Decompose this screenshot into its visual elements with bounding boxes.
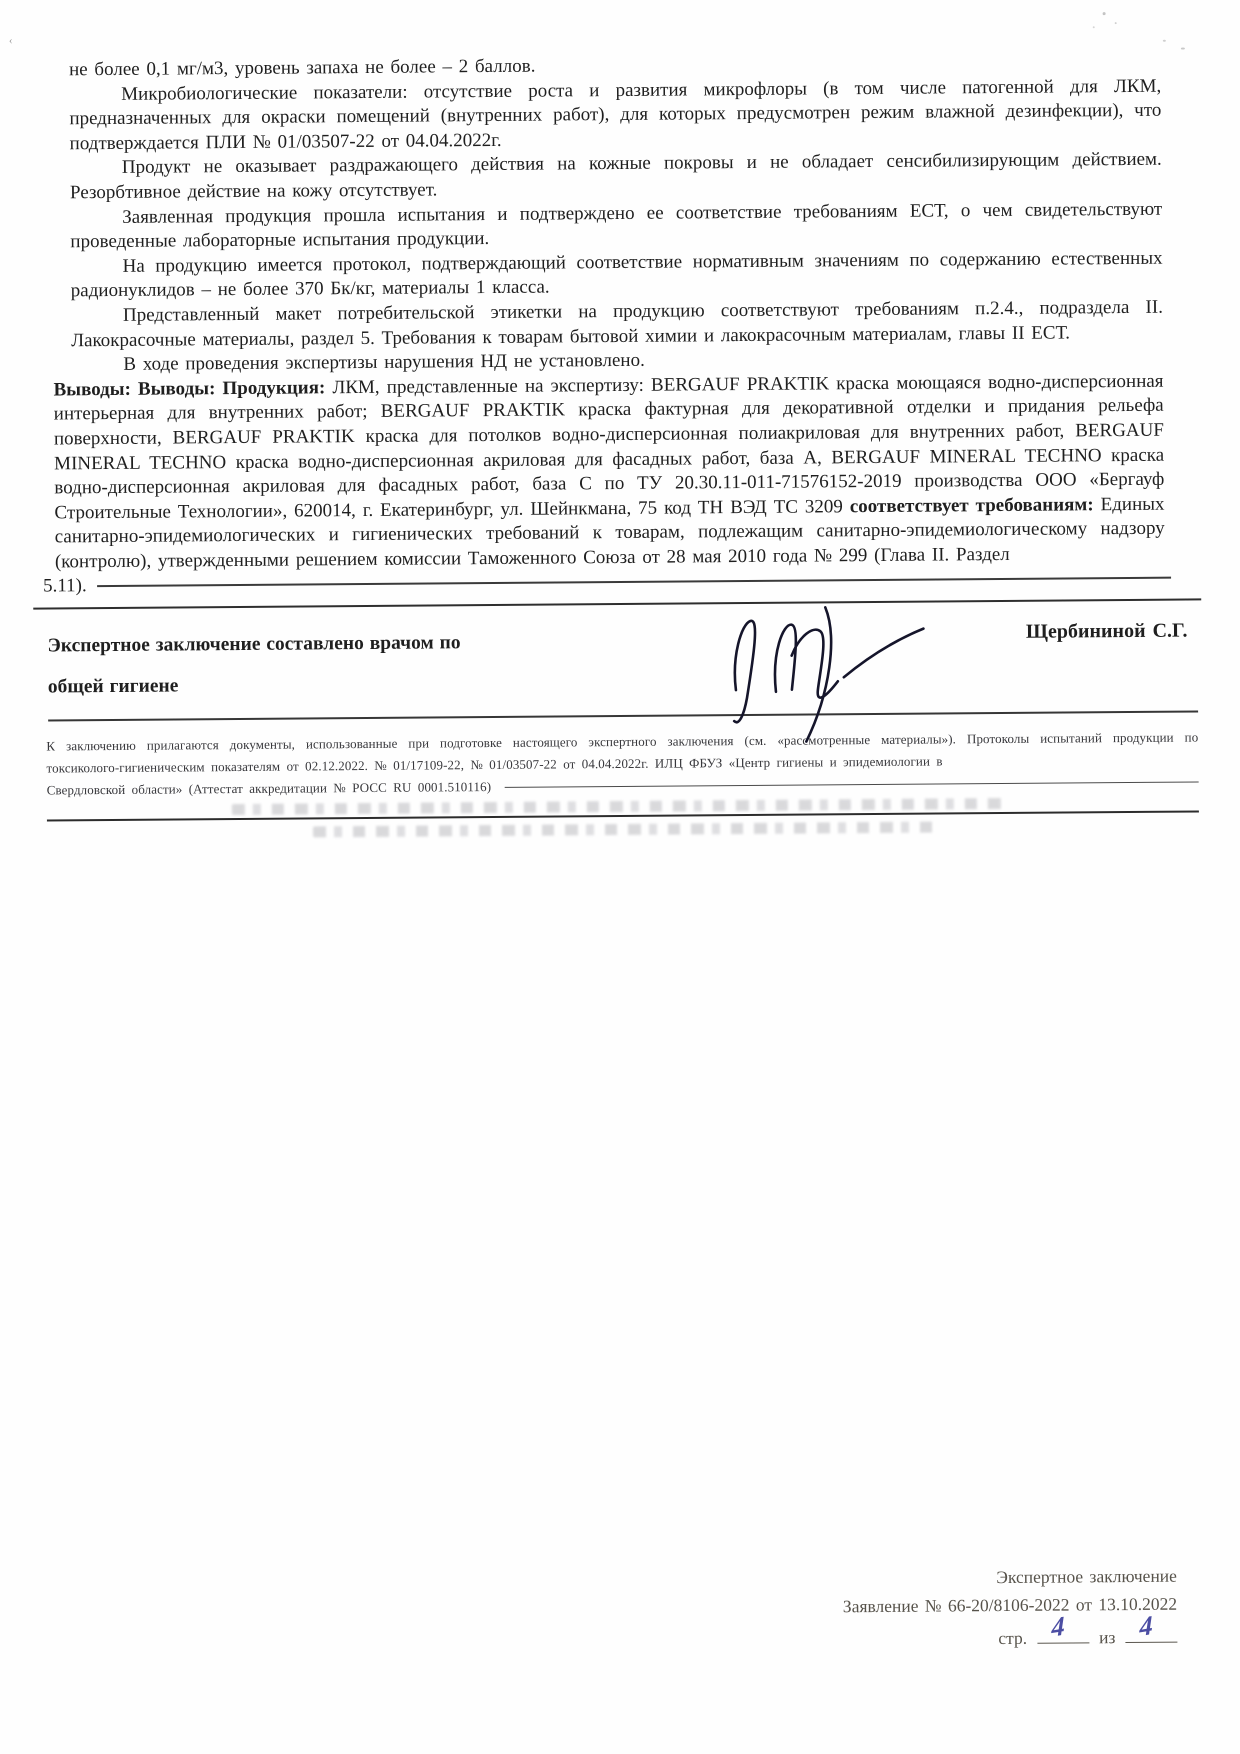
scanned-content: ‹ не более 0,1 мг/м3, уровень запаха не … [0, 0, 1240, 1754]
body-paragraph: На продукцию имеется протокол, подтвержд… [70, 246, 1162, 304]
conclusion-paragraph: Выводы: Выводы: Продукция: ЛКМ, представ… [53, 369, 1165, 574]
conclusion-mid-bold: соответствует требованиям: [850, 494, 1101, 517]
ruled-line-under-signature [48, 711, 1198, 722]
document-body: не более 0,1 мг/м3, уровень запаха не бо… [69, 50, 1167, 840]
conclusion-last-text: 5.11). [43, 575, 87, 600]
ruled-line-separator [33, 598, 1201, 609]
document-page: ‹ не более 0,1 мг/м3, уровень запаха не … [0, 0, 1240, 1754]
ruled-line-after-note [505, 782, 1199, 788]
handwritten-signature [697, 592, 968, 744]
page-footer: Экспертное заключение Заявление № 66-20/… [843, 1562, 1178, 1654]
footer-page-number: стр. 4 из 4 [843, 1620, 1177, 1654]
scan-speck [1093, 26, 1095, 28]
accreditation-text: Свердловской области» (Аттестат аккредит… [47, 776, 492, 801]
page-label: стр. [998, 1624, 1027, 1652]
handwritten-page-total: 4 [1139, 1611, 1153, 1641]
body-paragraph: Представленный макет потребительской эти… [71, 296, 1163, 354]
body-paragraph: Продукт не оказывает раздражающего дейст… [70, 148, 1162, 206]
conclusion-lead: Выводы: Выводы: Продукция: [53, 377, 332, 400]
footer-application-line: Заявление № 66-20/8106-2022 от 13.10.202… [843, 1590, 1177, 1621]
scan-artifact-mark: ‹ [9, 35, 13, 47]
signature-block: Экспертное заключение составлено врачом … [47, 617, 1198, 722]
scan-speck [1103, 12, 1106, 15]
ruled-line-bottom [47, 811, 1199, 822]
of-label: из [1099, 1623, 1116, 1651]
scan-speck [1115, 22, 1117, 24]
ruled-line-after-conclusion [97, 577, 1171, 587]
appendix-note: К заключению прилагаются документы, испо… [46, 727, 1199, 840]
expert-name: Щербининой С.Г. [1026, 619, 1188, 645]
scan-speck [1163, 40, 1166, 42]
scan-speck [1181, 48, 1185, 50]
page-total-slot: 4 [1125, 1620, 1177, 1643]
handwritten-page-current: 4 [1051, 1611, 1065, 1641]
body-paragraph: Заявленная продукция прошла испытания и … [70, 197, 1162, 255]
page-current-slot: 4 [1037, 1620, 1089, 1643]
signature-caption: Экспертное заключение составлено врачом … [47, 621, 688, 708]
body-paragraph: Микробиологические показатели: отсутстви… [69, 74, 1162, 156]
footer-doc-type: Экспертное заключение [843, 1562, 1177, 1593]
signature-caption-line1: Экспертное заключение составлено врачом … [47, 632, 460, 656]
ghost-print-through-line [313, 822, 933, 838]
signature-caption-line2: общей гигиене [48, 676, 179, 698]
